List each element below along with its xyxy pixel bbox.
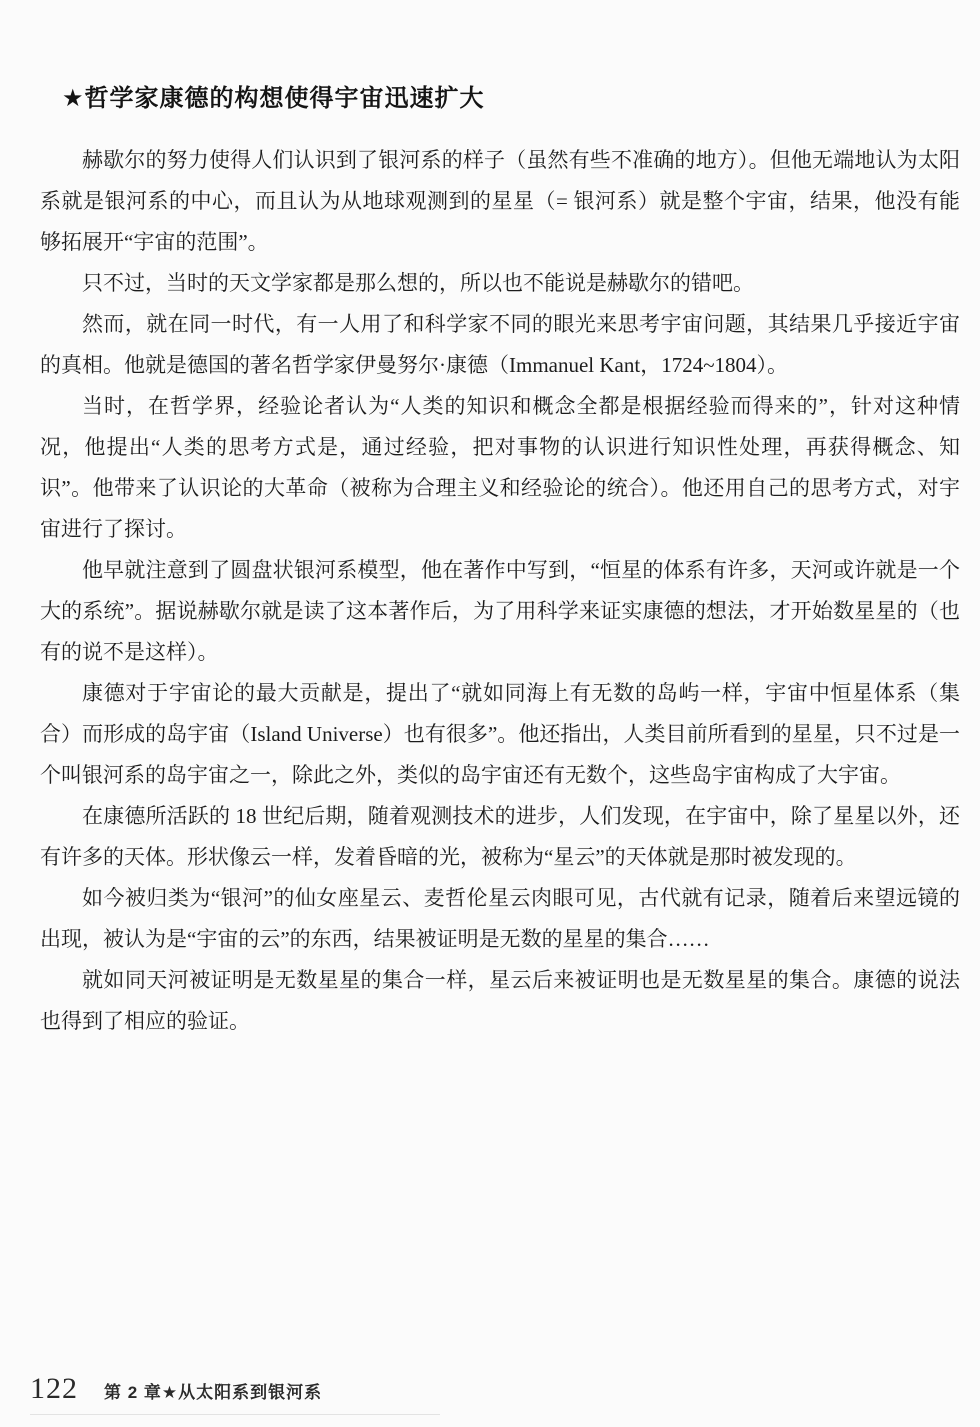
paragraph-epistemology: 当时，在哲学界，经验论者认为“人类的知识和概念全都是根据经验而得来的”，针对这种… [40, 386, 960, 550]
section-heading: ★哲学家康德的构想使得宇宙迅速扩大 [62, 78, 485, 113]
paragraph-disk-model: 他早就注意到了圆盘状银河系模型，他在著作中写到，“恒星的体系有许多，天河或许就是… [40, 550, 960, 673]
paragraph-nebula-discovery: 在康德所活跃的 18 世纪后期，随着观测技术的进步，人们发现，在宇宙中，除了星星… [40, 796, 960, 878]
page-footer: 122 第 2 章★从太阳系到银河系 [30, 1372, 440, 1415]
paragraph-herschel-limits: 赫歇尔的努力使得人们认识到了银河系的样子（虽然有些不准确的地方）。但他无端地认为… [40, 140, 960, 263]
paragraph-kant-intro: 然而，就在同一时代，有一人用了和科学家不同的眼光来思考宇宙问题，其结果几乎接近宇… [40, 304, 960, 386]
paragraph-andromeda-magellanic: 如今被归类为“银河”的仙女座星云、麦哲伦星云肉眼可见，古代就有记录，随着后来望远… [40, 878, 960, 960]
paragraph-astronomers-same: 只不过，当时的天文学家都是那么想的，所以也不能说是赫歇尔的错吧。 [40, 263, 960, 304]
page-number: 122 [30, 1372, 78, 1406]
paragraph-kant-verified: 就如同天河被证明是无数星星的集合一样，星云后来被证明也是无数星星的集合。康德的说… [40, 960, 960, 1042]
book-page: ★哲学家康德的构想使得宇宙迅速扩大 赫歇尔的努力使得人们认识到了银河系的样子（虽… [0, 0, 980, 1427]
body-text: 赫歇尔的努力使得人们认识到了银河系的样子（虽然有些不准确的地方）。但他无端地认为… [40, 140, 960, 1042]
paragraph-island-universe: 康德对于宇宙论的最大贡献是，提出了“就如同海上有无数的岛屿一样，宇宙中恒星体系（… [40, 673, 960, 796]
chapter-label: 第 2 章★从太阳系到银河系 [104, 1378, 322, 1403]
